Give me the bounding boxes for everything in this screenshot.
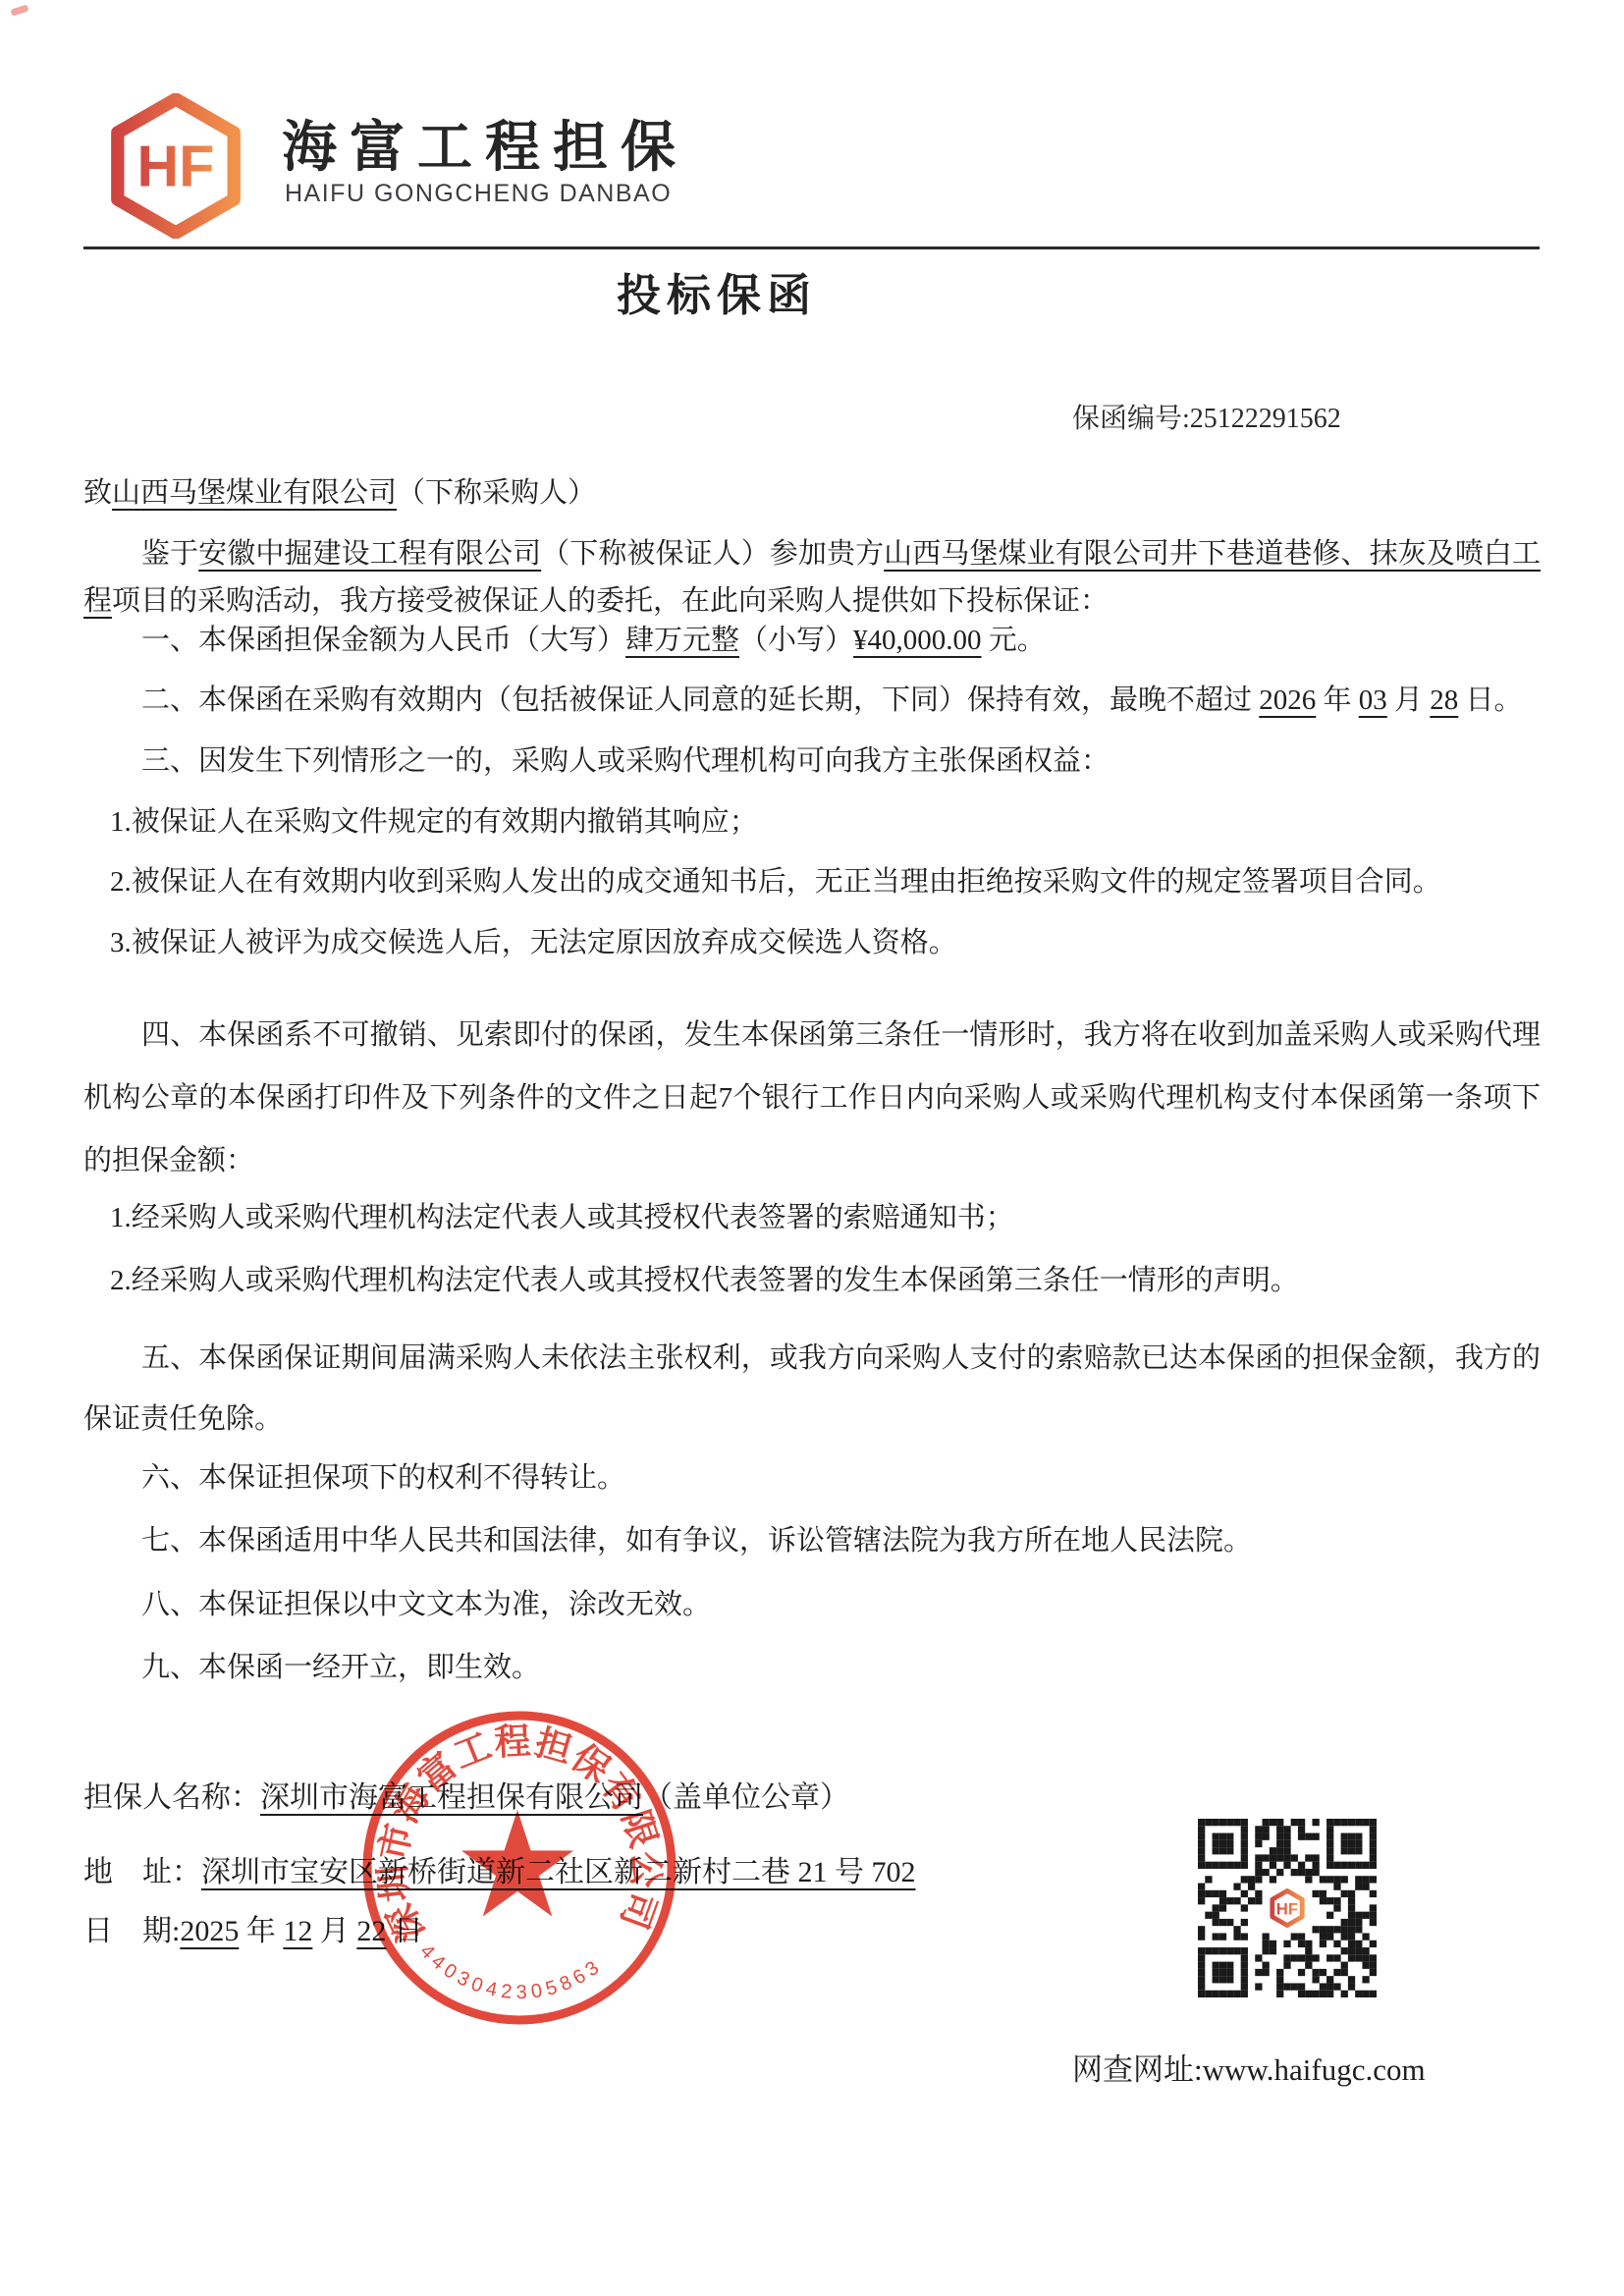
clause-1: 一、本保函担保金额为人民币（大写）肆万元整（小写）¥40,000.00 元。 [83, 620, 1541, 661]
haifu-logo-icon: HF [101, 93, 250, 239]
item-4-1: 1.经采购人或采购代理机构法定代表人或其授权代表签署的索赔通知书； [83, 1197, 1541, 1238]
clause-3: 三、因发生下列情形之一的，采购人或采购代理机构可向我方主张保函权益： [83, 740, 1541, 782]
guarantor-line: 担保人名称：深圳市海富工程担保有限公司（盖单位公章） [83, 1777, 1541, 1819]
clause-7: 七、本保函适用中华人民共和国法律，如有争议，诉讼管辖法院为我方所在地人民法院。 [83, 1520, 1541, 1561]
seal-star-icon [461, 1810, 573, 1917]
seal-number-text: 4403042305863 [415, 1941, 607, 2003]
company-name-en: HAIFU GONGCHENG DANBAO [285, 180, 672, 208]
clause-8: 八、本保证担保以中文文本为准，涂改无效。 [83, 1584, 1541, 1625]
scan-artifact [10, 4, 28, 16]
clause-6: 六、本保证担保项下的权利不得转让。 [83, 1457, 1541, 1499]
company-seal-stamp: 深圳市海富工程担保有限公司 4403042305863 [356, 1705, 682, 2031]
clause-9: 九、本保函一经开立，即生效。 [83, 1647, 1541, 1688]
company-name-cn: 海富工程担保 [282, 104, 688, 183]
svg-text:HF: HF [1276, 1899, 1298, 1918]
preamble: 鉴于安徽中掘建设工程有限公司（下称被保证人）参加贵方山西马堡煤业有限公司井下巷道… [83, 530, 1541, 625]
verification-url: 网查网址:www.haifugc.com [1072, 2045, 1426, 2089]
scanned-document-page: HF 海富工程担保 HAIFU GONGCHENG DANBAO 投标保函 保函… [0, 0, 1624, 2296]
guarantee-number: 保函编号:25122291562 [1072, 397, 1341, 436]
logo-monogram: HF [137, 134, 215, 199]
item-3-1: 1.被保证人在采购文件规定的有效期内撤销其响应； [83, 801, 1541, 843]
item-3-2: 2.被保证人在有效期内收到采购人发出的成交通知书后，无正当理由拒绝按采购文件的规… [83, 861, 1541, 902]
svg-text:4403042305863: 4403042305863 [415, 1941, 607, 2003]
clause-2: 二、本保函在采购有效期内（包括被保证人同意的延长期，下同）保持有效，最晚不超过 … [83, 680, 1541, 721]
item-3-3: 3.被保证人被评为成交候选人后，无法定原因放弃成交候选人资格。 [83, 922, 1541, 963]
qr-center-logo: HF [1264, 1885, 1311, 1932]
clause-5: 五、本保函保证期间届满采购人未依法主张权利，或我方向采购人支付的索赔款已达本保函… [83, 1328, 1541, 1449]
clause-4: 四、本保函系不可撤销、见索即付的保函，发生本保函第三条任一情形时，我方将在收到加… [83, 1004, 1541, 1192]
haifu-logo-small-icon: HF [1268, 1888, 1307, 1928]
header-divider [83, 246, 1540, 249]
document-title: 投标保函 [0, 259, 1434, 323]
item-4-2: 2.经采购人或采购代理机构法定代表人或其授权代表签署的发生本保函第三条任一情形的… [83, 1260, 1541, 1301]
addressee-line: 致山西马堡煤业有限公司（下称采购人） [83, 472, 1541, 514]
